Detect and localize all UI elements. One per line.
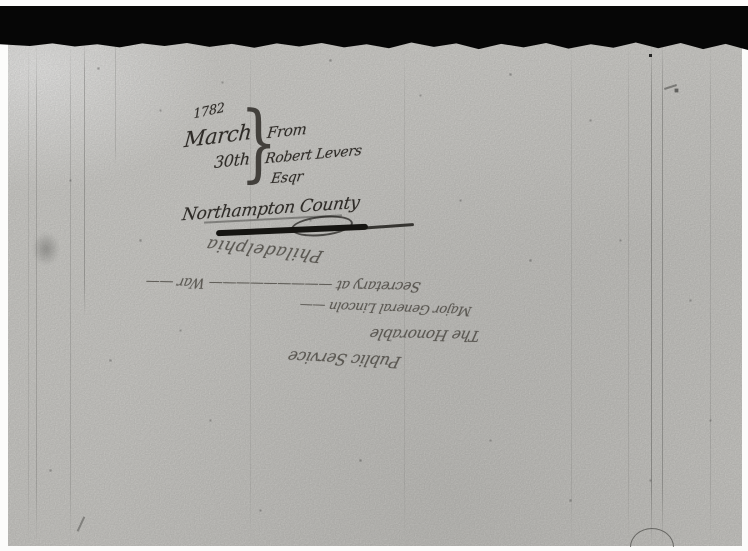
fold-crease xyxy=(710,38,711,546)
fold-crease xyxy=(28,38,29,546)
fold-crease xyxy=(115,38,116,165)
fold-crease xyxy=(651,38,652,546)
address-honorific: The Honorable xyxy=(368,325,482,345)
fold-crease xyxy=(628,38,629,546)
address-office-line: Secretary at ————————— War —— xyxy=(144,274,422,295)
stray-scratch xyxy=(77,516,85,531)
paper-sheet: 1782 March 30th } From Robert Levers Esq… xyxy=(8,38,742,546)
docket-sender-suffix: Esqr xyxy=(270,169,304,187)
address-city: Philadelphia xyxy=(203,234,325,266)
stray-mark xyxy=(664,84,677,90)
docket-sender-name: Robert Levers xyxy=(264,143,362,168)
pencil-arc xyxy=(630,528,674,547)
fold-crease xyxy=(662,38,663,546)
fold-crease xyxy=(571,38,572,546)
docket-year: 1782 xyxy=(193,101,225,123)
fold-crease xyxy=(84,38,85,317)
fold-crease xyxy=(70,38,71,546)
docket-from-label: From xyxy=(266,120,307,142)
address-recipient-line: Major General Lincoln —— xyxy=(298,297,472,318)
ink-smudge xyxy=(32,232,60,266)
scanned-letter-page: 1782 March 30th } From Robert Levers Esq… xyxy=(0,0,748,551)
fold-crease xyxy=(36,38,37,546)
address-service-note: Public Service xyxy=(286,347,403,372)
